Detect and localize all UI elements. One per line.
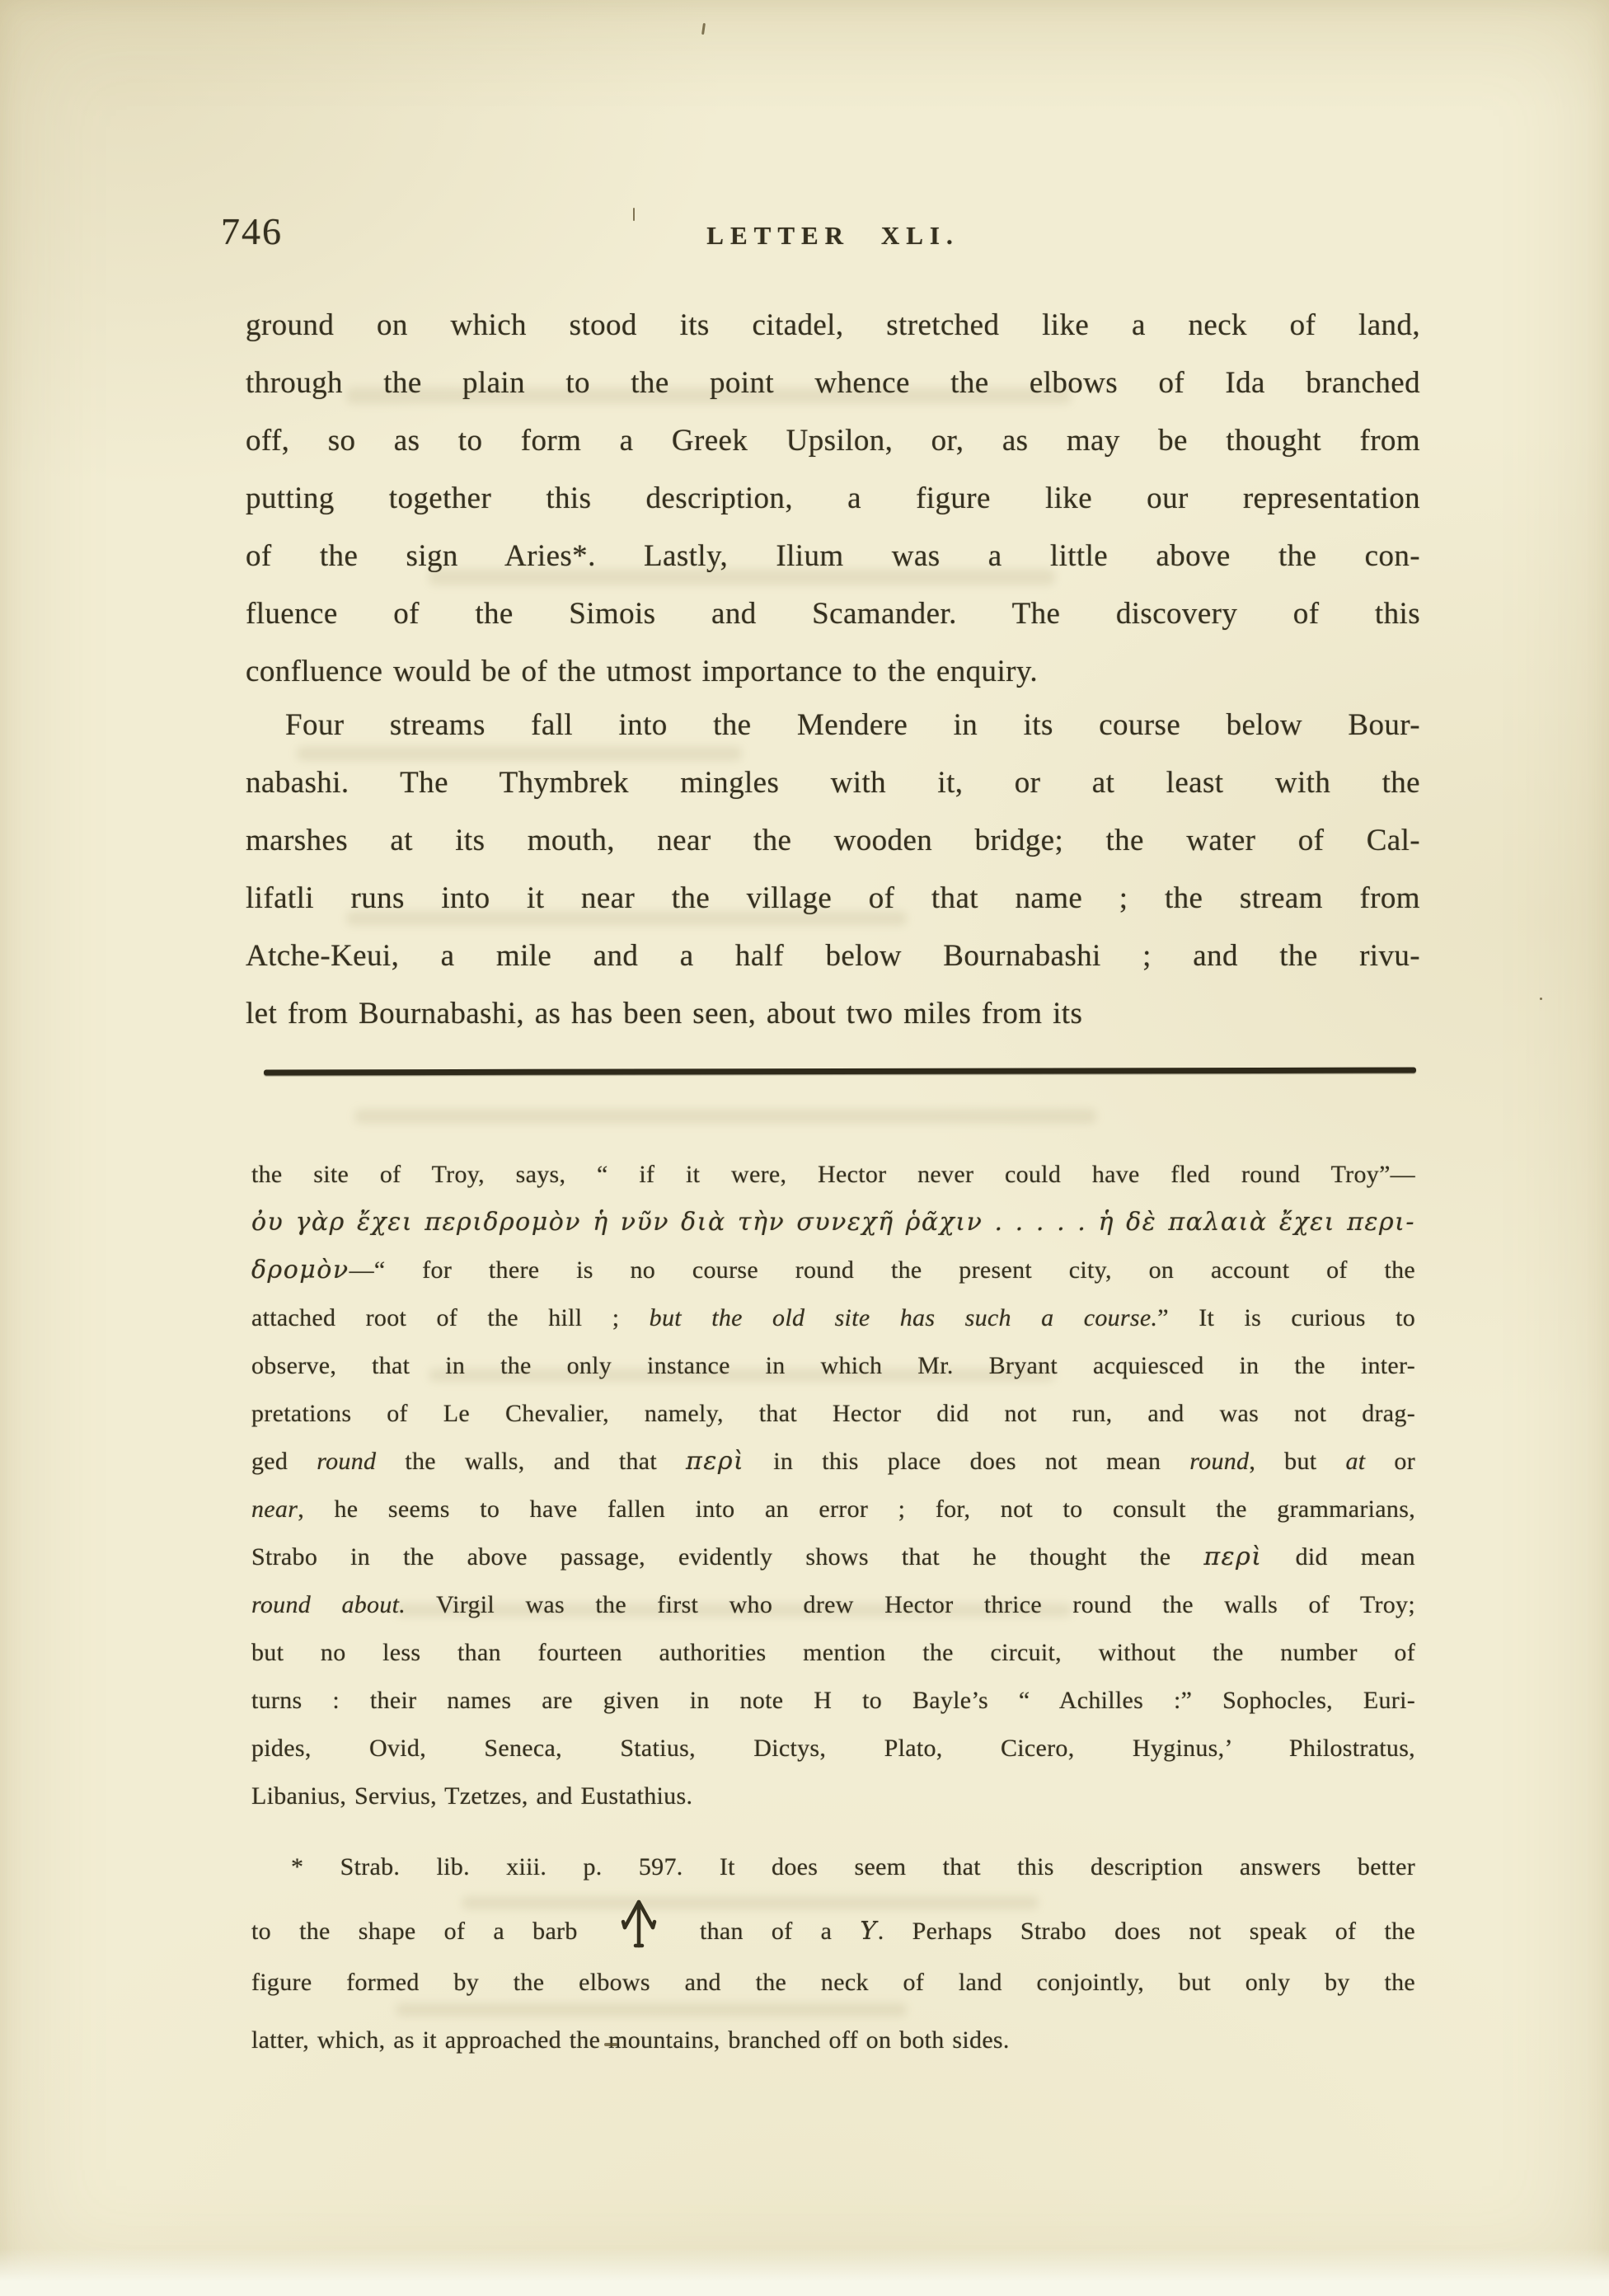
text-line: let from Bournabashi, as has been seen, … (246, 985, 1420, 1043)
book-page-scan: 746 LETTER XLI. ground on which stood it… (0, 0, 1609, 2296)
text-line: confluence would be of the utmost import… (246, 643, 1420, 701)
text-line: Libanius, Servius, Tzetzes, and Eustathi… (251, 1772, 1415, 1820)
ink-speck (633, 208, 635, 221)
text-line: attached root of the hill ; but the old … (251, 1294, 1415, 1342)
text-line: off, so as to form a Greek Upsilon, or, … (246, 412, 1420, 470)
text-line: lifatli runs into it near the village of… (246, 870, 1420, 927)
text-line: through the plain to the point whence th… (246, 354, 1420, 412)
text-line: figure formed by the elbows and the neck… (251, 1954, 1415, 2012)
body-paragraph-2: Four streams fall into the Mendere in it… (246, 697, 1420, 1043)
text-line: but no less than fourteen authorities me… (251, 1629, 1415, 1677)
footnote-continuation: the site of Troy, says, “ if it were, He… (251, 1151, 1415, 1820)
body-paragraph-1: ground on which stood its citadel, stret… (246, 297, 1420, 701)
text-line: Strabo in the above passage, evidently s… (251, 1533, 1415, 1581)
ink-speck (604, 2043, 617, 2046)
text-line: Atche-Keui, a mile and a half below Bour… (246, 927, 1420, 985)
text-line: ground on which stood its citadel, stret… (246, 297, 1420, 354)
text-line: to the shape of a barb than of a Υ. Perh… (251, 1896, 1415, 1954)
footnote-separator-rule (264, 1068, 1416, 1076)
text-line: fluence of the Simois and Scamander. The… (246, 585, 1420, 643)
text-line: the site of Troy, says, “ if it were, He… (251, 1151, 1415, 1199)
barb-arrow-icon (617, 1896, 660, 1951)
text-line: ὀυ γὰρ ἔχει περιδρομὸν ἡ νῦν διὰ τὴν συν… (251, 1199, 1415, 1247)
text-line: of the sign Aries*. Lastly, Ilium was a … (246, 528, 1420, 585)
text-line: near, he seems to have fallen into an er… (251, 1486, 1415, 1533)
text-line: pides, Ovid, Seneca, Statius, Dictys, Pl… (251, 1725, 1415, 1772)
scan-edge-strip (0, 2248, 1609, 2296)
ink-speck (1540, 998, 1542, 1000)
running-header: LETTER XLI. (246, 221, 1420, 251)
text-line: pretations of Le Chevalier, namely, that… (251, 1390, 1415, 1438)
footnote-strabo: * Strab. lib. xiii. p. 597. It does seem… (251, 1838, 1415, 2069)
text-line: Four streams fall into the Mendere in it… (246, 697, 1420, 754)
text-line: δρομὸν—“ for there is no course round th… (251, 1247, 1415, 1294)
text-line: observe, that in the only instance in wh… (251, 1342, 1415, 1390)
text-line: * Strab. lib. xiii. p. 597. It does seem… (251, 1838, 1415, 1896)
text-line: ged round the walls, and that περὶ in th… (251, 1438, 1415, 1486)
text-line: round about. Virgil was the first who dr… (251, 1581, 1415, 1629)
text-line: marshes at its mouth, near the wooden br… (246, 812, 1420, 870)
ink-speck (701, 23, 706, 35)
text-line: nabashi. The Thymbrek mingles with it, o… (246, 754, 1420, 812)
text-line: turns : their names are given in note H … (251, 1677, 1415, 1725)
show-through-mark (354, 1109, 1096, 1124)
text-line: putting together this description, a fig… (246, 470, 1420, 528)
text-line: latter, which, as it approached the moun… (251, 2012, 1415, 2069)
